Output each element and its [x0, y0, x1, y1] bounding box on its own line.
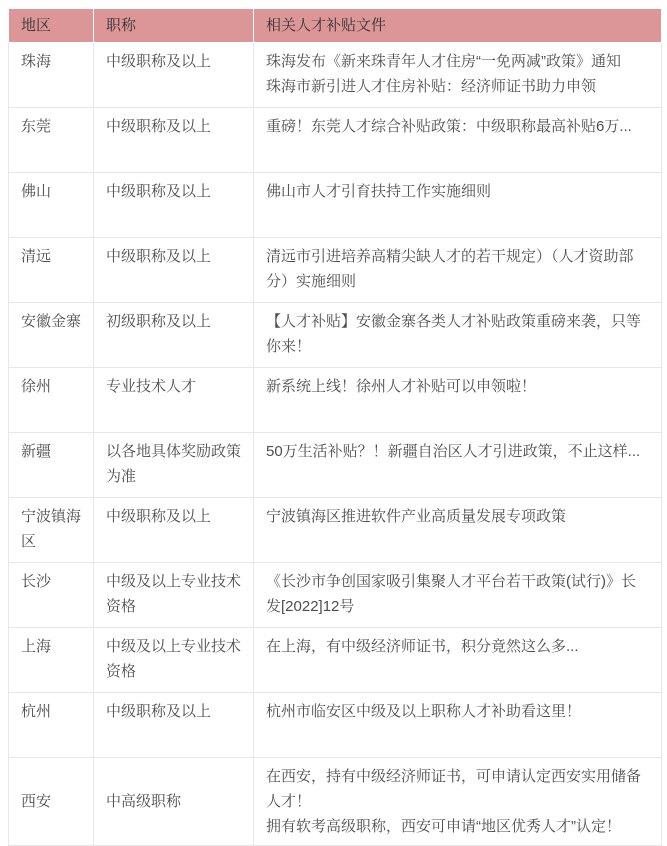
title-requirement-cell: 以各地具体奖励政策为准 — [94, 433, 254, 498]
table-row: 珠海中级职称及以上珠海发布《新来珠青年人才住房“一免两减”政策》通知珠海市新引进… — [9, 43, 662, 108]
region-cell: 西安 — [9, 758, 94, 846]
region-cell: 徐州 — [9, 368, 94, 433]
region-cell: 宁波镇海区 — [9, 498, 94, 563]
header-cell-region: 地区 — [9, 9, 94, 43]
title-requirement-cell: 中高级职称 — [94, 758, 254, 846]
subsidy-files-cell: 新系统上线！徐州人才补贴可以申领啦！ — [254, 368, 662, 433]
title-requirement-cell: 中级职称及以上 — [94, 108, 254, 173]
table-row: 西安中高级职称在西安，持有中级经济师证书，可申请认定西安实用储备人才！拥有软考高… — [9, 758, 662, 846]
subsidy-files-cell: 重磅！东莞人才综合补贴政策：中级职称最高补贴6万... — [254, 108, 662, 173]
header-cell-title: 职称 — [94, 9, 254, 43]
file-title: 珠海市新引进人才住房补贴：经济师证书助力申领 — [266, 74, 649, 99]
file-title: 在上海，有中级经济师证书，积分竟然这么多... — [266, 634, 649, 659]
subsidy-files-cell: 50万生活补贴？！新疆自治区人才引进政策，不止这样... — [254, 433, 662, 498]
header-row: 地区 职称 相关人才补贴文件 — [9, 9, 662, 43]
title-requirement-cell: 中级及以上专业技术资格 — [94, 563, 254, 628]
table-row: 佛山中级职称及以上佛山市人才引育扶持工作实施细则 — [9, 173, 662, 238]
subsidy-files-cell: 【人才补贴】安徽金寨各类人才补贴政策重磅来袭，只等你来！ — [254, 303, 662, 368]
subsidy-files-cell: 杭州市临安区中级及以上职称人才补助看这里！ — [254, 693, 662, 758]
subsidy-files-cell: 宁波镇海区推进软件产业高质量发展专项政策 — [254, 498, 662, 563]
region-cell: 长沙 — [9, 563, 94, 628]
subsidy-files-cell: 佛山市人才引育扶持工作实施细则 — [254, 173, 662, 238]
file-title: 清远市引进培养高精尖缺人才的若干规定）（人才资助部分）实施细则 — [266, 244, 649, 294]
file-title: 杭州市临安区中级及以上职称人才补助看这里！ — [266, 699, 649, 724]
subsidy-files-cell: 在上海，有中级经济师证书，积分竟然这么多... — [254, 628, 662, 693]
region-cell: 佛山 — [9, 173, 94, 238]
table-row: 杭州中级职称及以上杭州市临安区中级及以上职称人才补助看这里！ — [9, 693, 662, 758]
table-header: 地区 职称 相关人才补贴文件 — [9, 9, 662, 43]
file-title: 新系统上线！徐州人才补贴可以申领啦！ — [266, 374, 649, 399]
title-requirement-cell: 中级职称及以上 — [94, 173, 254, 238]
table-body: 珠海中级职称及以上珠海发布《新来珠青年人才住房“一免两减”政策》通知珠海市新引进… — [9, 43, 662, 846]
region-cell: 东莞 — [9, 108, 94, 173]
title-requirement-cell: 中级职称及以上 — [94, 238, 254, 303]
subsidy-files-cell: 珠海发布《新来珠青年人才住房“一免两减”政策》通知珠海市新引进人才住房补贴：经济… — [254, 43, 662, 108]
region-cell: 杭州 — [9, 693, 94, 758]
table-row: 新疆以各地具体奖励政策为准50万生活补贴？！新疆自治区人才引进政策，不止这样..… — [9, 433, 662, 498]
table-row: 长沙中级及以上专业技术资格《长沙市争创国家吸引集聚人才平台若干政策(试行)》长发… — [9, 563, 662, 628]
file-title: 在西安，持有中级经济师证书，可申请认定西安实用储备人才！ — [266, 764, 649, 814]
file-title: 宁波镇海区推进软件产业高质量发展专项政策 — [266, 504, 649, 529]
table-row: 上海中级及以上专业技术资格在上海，有中级经济师证书，积分竟然这么多... — [9, 628, 662, 693]
title-requirement-cell: 中级及以上专业技术资格 — [94, 628, 254, 693]
subsidy-files-cell: 《长沙市争创国家吸引集聚人才平台若干政策(试行)》长发[2022]12号 — [254, 563, 662, 628]
region-cell: 安徽金寨 — [9, 303, 94, 368]
title-requirement-cell: 初级职称及以上 — [94, 303, 254, 368]
table-row: 安徽金寨初级职称及以上【人才补贴】安徽金寨各类人才补贴政策重磅来袭，只等你来！ — [9, 303, 662, 368]
title-requirement-cell: 中级职称及以上 — [94, 43, 254, 108]
file-title: 50万生活补贴？！新疆自治区人才引进政策，不止这样... — [266, 439, 649, 464]
subsidy-files-cell: 清远市引进培养高精尖缺人才的若干规定）（人才资助部分）实施细则 — [254, 238, 662, 303]
file-title: 重磅！东莞人才综合补贴政策：中级职称最高补贴6万... — [266, 114, 649, 139]
table-row: 宁波镇海区中级职称及以上宁波镇海区推进软件产业高质量发展专项政策 — [9, 498, 662, 563]
file-title: 佛山市人才引育扶持工作实施细则 — [266, 179, 649, 204]
title-requirement-cell: 专业技术人才 — [94, 368, 254, 433]
file-title: 珠海发布《新来珠青年人才住房“一免两减”政策》通知 — [266, 49, 649, 74]
header-cell-files: 相关人才补贴文件 — [254, 9, 662, 43]
file-title: 拥有软考高级职称，西安可申请“地区优秀人才”认定！ — [266, 814, 649, 839]
region-cell: 上海 — [9, 628, 94, 693]
title-requirement-cell: 中级职称及以上 — [94, 498, 254, 563]
region-cell: 珠海 — [9, 43, 94, 108]
talent-subsidy-table: 地区 职称 相关人才补贴文件 珠海中级职称及以上珠海发布《新来珠青年人才住房“一… — [8, 8, 662, 846]
table-row: 徐州专业技术人才新系统上线！徐州人才补贴可以申领啦！ — [9, 368, 662, 433]
region-cell: 清远 — [9, 238, 94, 303]
table-row: 清远中级职称及以上清远市引进培养高精尖缺人才的若干规定）（人才资助部分）实施细则 — [9, 238, 662, 303]
region-cell: 新疆 — [9, 433, 94, 498]
file-title: 《长沙市争创国家吸引集聚人才平台若干政策(试行)》长发[2022]12号 — [266, 569, 649, 619]
table-row: 东莞中级职称及以上重磅！东莞人才综合补贴政策：中级职称最高补贴6万... — [9, 108, 662, 173]
subsidy-files-cell: 在西安，持有中级经济师证书，可申请认定西安实用储备人才！拥有软考高级职称，西安可… — [254, 758, 662, 846]
file-title: 【人才补贴】安徽金寨各类人才补贴政策重磅来袭，只等你来！ — [266, 309, 649, 359]
title-requirement-cell: 中级职称及以上 — [94, 693, 254, 758]
